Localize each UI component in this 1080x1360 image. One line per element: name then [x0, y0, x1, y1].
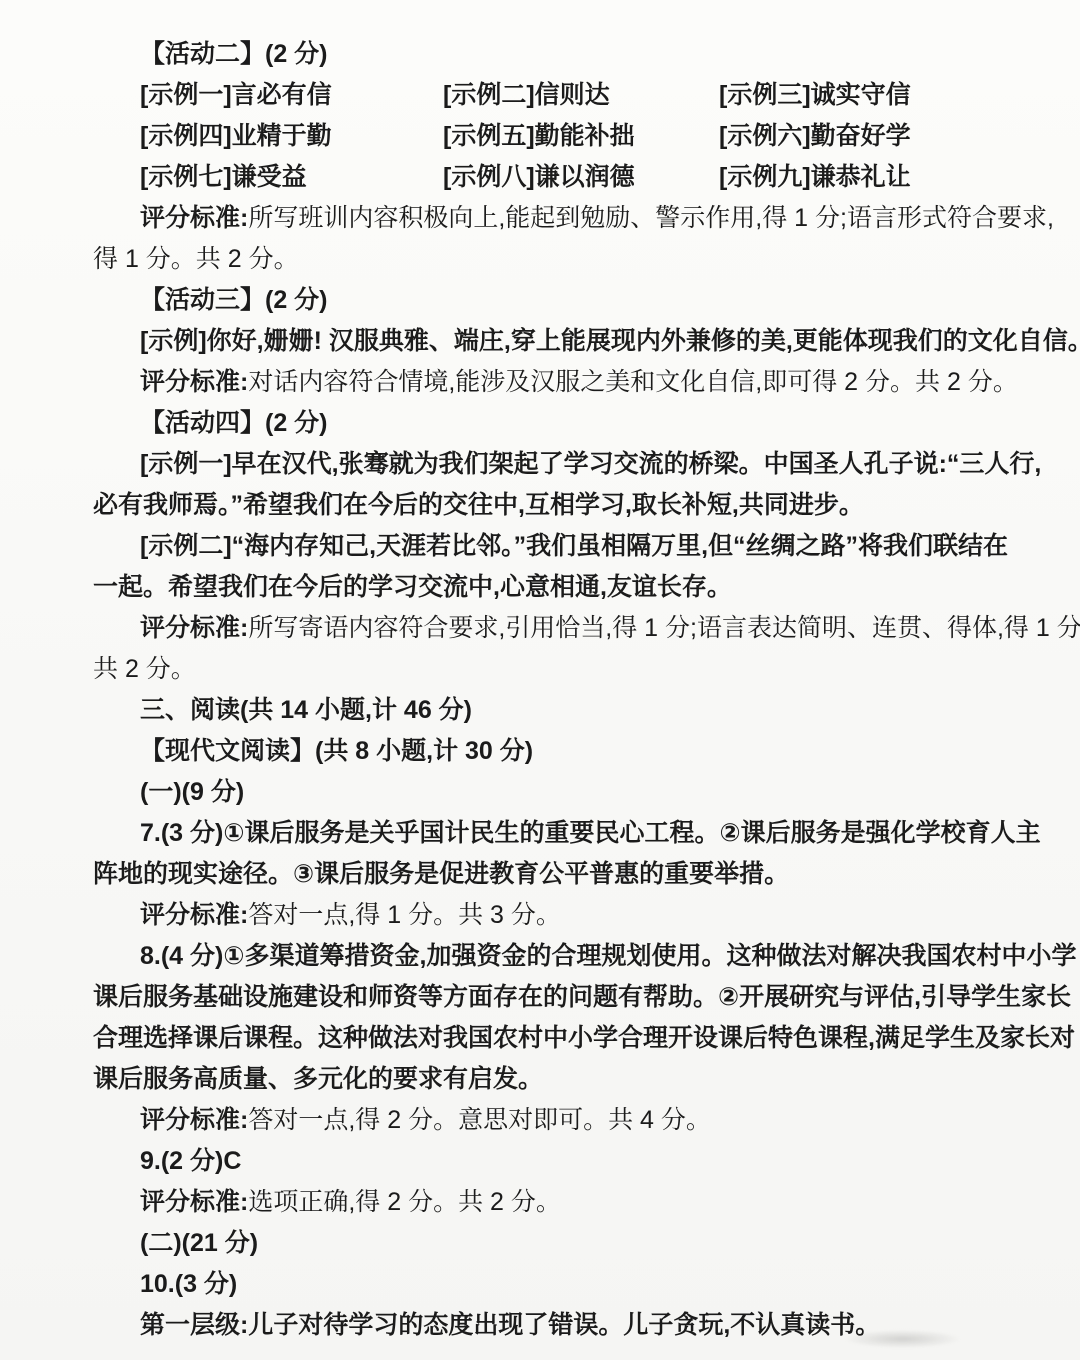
activity2-example-row-1: [示例一]言必有信[示例二]信则达[示例三]诚实守信	[93, 75, 1010, 116]
q7-answer-line2: 阵地的现实途径。③课后服务是促进教育公平普惠的重要举措。	[93, 854, 1010, 895]
document-content: 【活动二】(2 分) [示例一]言必有信[示例二]信则达[示例三]诚实守信 [示…	[93, 34, 1010, 1346]
activity3-rubric: 评分标准:对话内容符合情境,能涉及汉服之美和文化自信,即可得 2 分。共 2 分…	[93, 362, 1010, 403]
reading-section-heading: 三、阅读(共 14 小题,计 46 分)	[93, 690, 1010, 731]
example-item-9: [示例九]谦恭礼让	[719, 157, 911, 198]
rubric-label: 评分标准:	[140, 614, 248, 642]
rubric-text: 选项正确,得 2 分。共 2 分。	[248, 1188, 561, 1216]
activity3-heading: 【活动三】(2 分)	[93, 280, 1010, 321]
rubric-text: 对话内容符合情境,能涉及汉服之美和文化自信,即可得 2 分。共 2 分。	[248, 368, 1018, 396]
modern-reading-heading: 【现代文阅读】(共 8 小题,计 30 分)	[93, 731, 1010, 772]
rubric-label: 评分标准:	[140, 368, 248, 396]
q10-heading: 10.(3 分)	[93, 1264, 1010, 1305]
example-item-3: [示例三]诚实守信	[719, 75, 911, 116]
rubric-text: 答对一点,得 2 分。意思对即可。共 4 分。	[248, 1106, 711, 1134]
rubric-text: 所写寄语内容符合要求,引用恰当,得 1 分;语言表达简明、连贯、得体,得 1 分…	[248, 614, 1080, 642]
example-item-7: [示例七]谦受益	[140, 157, 443, 198]
example-item-4: [示例四]业精于勤	[140, 116, 443, 157]
part1-heading: (一)(9 分)	[93, 772, 1010, 813]
q9-answer: 9.(2 分)C	[93, 1141, 1010, 1182]
q9-rubric: 评分标准:选项正确,得 2 分。共 2 分。	[93, 1182, 1010, 1223]
activity2-rubric-line1: 评分标准:所写班训内容积极向上,能起到勉励、警示作用,得 1 分;语言形式符合要…	[93, 198, 1010, 239]
example-item-1: [示例一]言必有信	[140, 75, 443, 116]
activity2-example-row-2: [示例四]业精于勤[示例五]勤能补拙[示例六]勤奋好学	[93, 116, 1010, 157]
q7-answer-line1: 7.(3 分)①课后服务是关乎国计民生的重要民心工程。②课后服务是强化学校育人主	[93, 813, 1010, 854]
example-item-6: [示例六]勤奋好学	[719, 116, 911, 157]
rubric-text: 所写班训内容积极向上,能起到勉励、警示作用,得 1 分;语言形式符合要求,	[248, 204, 1054, 232]
example-item-5: [示例五]勤能补拙	[443, 116, 719, 157]
q7-rubric: 评分标准:答对一点,得 1 分。共 3 分。	[93, 895, 1010, 936]
q8-answer-line2: 课后服务基础设施建设和师资等方面存在的问题有帮助。②开展研究与评估,引导学生家长	[93, 977, 1010, 1018]
activity2-rubric-line2: 得 1 分。共 2 分。	[93, 239, 1010, 280]
activity4-rubric-line2: 共 2 分。	[93, 649, 1010, 690]
rubric-label: 评分标准:	[140, 901, 248, 929]
q8-answer-line1: 8.(4 分)①多渠道筹措资金,加强资金的合理规划使用。这种做法对解决我国农村中…	[93, 936, 1010, 977]
rubric-label: 评分标准:	[140, 1106, 248, 1134]
activity2-heading: 【活动二】(2 分)	[93, 34, 1010, 75]
part2-heading: (二)(21 分)	[93, 1223, 1010, 1264]
scanned-answer-sheet-page: 【活动二】(2 分) [示例一]言必有信[示例二]信则达[示例三]诚实守信 [示…	[0, 0, 1080, 1360]
activity4-example2-line1: [示例二]“海内存知己,天涯若比邻。”我们虽相隔万里,但“丝绸之路”将我们联结在	[93, 526, 1010, 567]
q8-answer-line4: 课后服务高质量、多元化的要求有启发。	[93, 1059, 1010, 1100]
rubric-label: 评分标准:	[140, 1188, 248, 1216]
example-item-2: [示例二]信则达	[443, 75, 719, 116]
activity4-rubric-line1: 评分标准:所写寄语内容符合要求,引用恰当,得 1 分;语言表达简明、连贯、得体,…	[93, 608, 1010, 649]
activity4-example1-line1: [示例一]早在汉代,张骞就为我们架起了学习交流的桥梁。中国圣人孔子说:“三人行,	[93, 444, 1010, 485]
activity4-example2-line2: 一起。希望我们在今后的学习交流中,心意相通,友谊长存。	[93, 567, 1010, 608]
activity2-example-row-3: [示例七]谦受益[示例八]谦以润德[示例九]谦恭礼让	[93, 157, 1010, 198]
activity4-heading: 【活动四】(2 分)	[93, 403, 1010, 444]
scan-smudge-artifact	[845, 1330, 960, 1348]
rubric-text: 答对一点,得 1 分。共 3 分。	[248, 901, 561, 929]
example-item-8: [示例八]谦以润德	[443, 157, 719, 198]
activity4-example1-line2: 必有我师焉。”希望我们在今后的交往中,互相学习,取长补短,共同进步。	[93, 485, 1010, 526]
rubric-label: 评分标准:	[140, 204, 248, 232]
q8-rubric: 评分标准:答对一点,得 2 分。意思对即可。共 4 分。	[93, 1100, 1010, 1141]
activity3-example: [示例]你好,姗姗! 汉服典雅、端庄,穿上能展现内外兼修的美,更能体现我们的文化…	[93, 321, 1010, 362]
q8-answer-line3: 合理选择课后课程。这种做法对我国农村中小学合理开设课后特色课程,满足学生及家长对	[93, 1018, 1010, 1059]
